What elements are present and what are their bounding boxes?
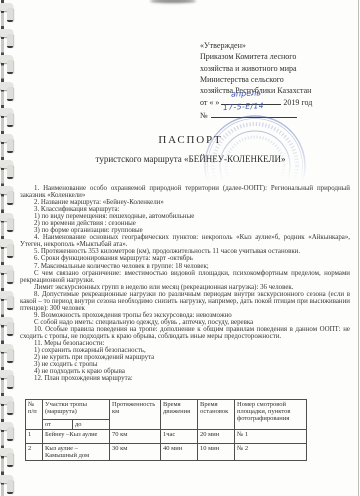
body-paragraph: 3. Классификация маршрута: [20,206,350,213]
body-paragraph: 4) не подходить к краю обрыва [20,368,350,375]
header-viewpoint: Номер смотровой площадки, пунктов фотогр… [235,400,307,430]
body-paragraph: 6. Сроки функционирования маршрута: март… [20,255,350,262]
scan-smudge [150,0,196,3]
body-paragraph: Лимит экскурсионных групп в неделю или м… [20,284,350,291]
cell-move-time: 40 мин [161,444,198,461]
header-to: до [73,420,110,430]
body-paragraph: 1. Наименование особо охраняемой природн… [20,185,350,199]
body-paragraph: С чем связано ограничение: вместимостью … [20,270,350,284]
binding-ring [0,291,15,311]
body-paragraph: С собой надо иметь: специальную одежду, … [20,319,350,326]
header-num: № п/п [26,400,43,430]
binding-ring [0,448,15,468]
cell-section: Бейнеу –Кыз аулие [43,430,110,444]
approval-status: «Утвержден» [200,40,356,51]
body-paragraph: 2. Название маршрута: «Бейнеу-Коленкели» [20,199,350,206]
body-paragraph: 3) не сходить с тропы [20,361,350,368]
header-from: от [43,420,73,430]
binding-ring [0,82,15,102]
binding-ring [0,134,15,154]
approval-line: Приказом Комитета лесного [200,51,356,62]
document-subtitle: туристского маршрута «БЕЙНЕУ-КОЛЕНКЕЛИ» [27,154,354,164]
cell-num: 1 [26,430,43,444]
document-title: ПАСПОРТ [27,134,354,146]
cell-viewpoint: № 2 [235,444,307,461]
binding-ring [0,160,15,180]
body-paragraph: 2) по времени действия : сезонные [20,220,350,227]
number-blank-line: 17-5-Е/14 [211,109,297,118]
binding-ring [0,344,15,364]
header-stop-time: Время остановок [198,400,235,430]
header-section: Участки тропы (маршрута) [43,400,110,420]
body-paragraph: 8. Допустимые рекреационные нагрузки по … [20,291,350,312]
cell-section: Кыз аулие – Камышный дом [43,444,110,461]
cell-length: 30 км [110,444,161,461]
binding-ring [0,422,15,442]
binding-ring [0,475,15,495]
cell-num: 2 [26,444,43,461]
cell-stop-time: 20 мин [198,430,235,444]
binding-ring [0,265,15,285]
route-table-header: № п/п Участки тропы (маршрута) Протяженн… [26,400,307,430]
cell-stop-time: 10 мин [198,444,235,461]
binding-ring [0,29,15,49]
binding-ring [0,370,15,390]
body-paragraph: 2) не курить при прохождений маршрута [20,354,350,361]
scanned-document-page: «Утвержден» Приказом Комитета лесного хо… [0,0,360,496]
binding-ring [0,186,15,206]
approval-line: хозяйства и животного мира [200,63,356,74]
body-paragraph: 10. Особые правила поведения на тропе: д… [20,326,350,340]
binding-ring [0,396,15,416]
binding-ring [0,213,15,233]
document-body: 1. Наименование особо охраняемой природн… [20,185,350,382]
binding-ring [0,317,15,337]
approval-line: хозяйства Республики Казахстан [200,85,356,96]
number-label: № [200,111,208,120]
route-plan-table: № п/п Участки тропы (маршрута) Протяженн… [25,399,307,461]
header-move-time: Время движения [161,400,198,430]
table-row: 1 Бейнеу –Кыз аулие 70 км 1час 20 мин № … [26,430,307,444]
scan-edge [358,0,360,496]
body-paragraph: 7. Максимальные количество человек в гру… [20,263,350,270]
body-paragraph: 5. Протяженность 353 километров (км), пр… [20,248,350,255]
binding-ring [0,55,15,75]
binding-ring [0,108,15,128]
approval-block: «Утвержден» Приказом Комитета лесного хо… [200,40,356,121]
handwritten-month: апрель [231,88,262,101]
cell-length: 70 км [110,430,161,444]
binding-ring [0,3,15,23]
body-paragraph: 1) по виду перемещения: пешеходные, авто… [20,213,350,220]
date-prefix: от « » [200,98,219,107]
table-row: 2 Кыз аулие – Камышный дом 30 км 40 мин … [26,444,307,461]
binding-ring [0,239,15,259]
body-paragraph: 12. План прохождения маршрута: [20,375,350,382]
body-paragraph: 1) сохранить пожарный безопасность, [20,347,350,354]
approval-number-line: №17-5-Е/14 [200,109,356,121]
body-paragraph: 4. Наименование основных географических … [20,234,350,248]
handwritten-number: 17-5-Е/14 [222,100,264,113]
body-paragraph: 3) по форме организации: групповые [20,227,350,234]
cell-viewpoint: № 1 [235,430,307,444]
body-paragraph: 11. Меры безопасности: [20,340,350,347]
route-table-body: 1 Бейнеу –Кыз аулие 70 км 1час 20 мин № … [26,430,307,461]
header-length: Протяженность км [110,400,161,430]
date-suffix: 2019 год [283,98,312,107]
cell-move-time: 1час [161,430,198,444]
approval-line: Министерства сельского [200,74,356,85]
body-paragraph: 9. Возможность прохождения тропы без экс… [20,312,350,319]
